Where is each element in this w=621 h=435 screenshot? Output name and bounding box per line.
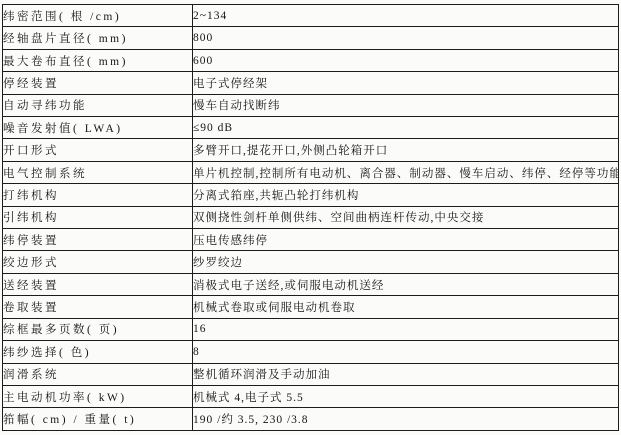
table-row: 送经装置消极式电子送经,或伺服电动机送经 bbox=[3, 273, 619, 295]
table-row: 噪音发射值( LWA)≤90 dB bbox=[3, 117, 619, 139]
spec-value: 8 bbox=[193, 341, 619, 363]
spec-value: 整机循环润滑及手动加油 bbox=[193, 363, 619, 385]
table-row: 打纬机构分离式筘座,共轭凸轮打纬机构 bbox=[3, 184, 619, 206]
spec-value: 2~134 bbox=[193, 5, 619, 27]
spec-label: 噪音发射值( LWA) bbox=[3, 117, 193, 139]
spec-label: 最大卷布直径( mm) bbox=[3, 49, 193, 71]
spec-label: 停经装置 bbox=[3, 72, 193, 94]
table-row: 纬密范围( 根 /cm)2~134 bbox=[3, 5, 619, 27]
spec-label: 主电动机功率( kW) bbox=[3, 385, 193, 407]
table-row: 主电动机功率( kW)机械式 4,电子式 5.5 bbox=[3, 385, 619, 407]
table-row: 最大卷布直径( mm)600 bbox=[3, 49, 619, 71]
spec-value: 机械式卷取或伺服电动机卷取 bbox=[193, 296, 619, 318]
spec-table-grid: 纬密范围( 根 /cm)2~134经轴盘片直径( mm)800最大卷布直径( m… bbox=[2, 4, 619, 431]
spec-label: 润滑系统 bbox=[3, 363, 193, 385]
spec-value: 电子式停经架 bbox=[193, 72, 619, 94]
table-row: 自动寻纬功能慢车自动找断纬 bbox=[3, 94, 619, 116]
spec-value: 190 /约 3.5, 230 /3.8 bbox=[193, 408, 619, 431]
table-row: 筘幅( cm) / 重量( t)190 /约 3.5, 230 /3.8 bbox=[3, 408, 619, 431]
spec-label: 电气控制系统 bbox=[3, 161, 193, 183]
spec-value: 分离式筘座,共轭凸轮打纬机构 bbox=[193, 184, 619, 206]
spec-value: 双侧挠性剑杆单侧供纬、空间曲柄连杆传动,中央交接 bbox=[193, 206, 619, 228]
spec-label: 纬密范围( 根 /cm) bbox=[3, 5, 193, 27]
table-row: 停经装置电子式停经架 bbox=[3, 72, 619, 94]
spec-label: 筘幅( cm) / 重量( t) bbox=[3, 408, 193, 431]
table-row: 开口形式多臂开口,提花开口,外侧凸轮箱开口 bbox=[3, 139, 619, 161]
spec-value: 消极式电子送经,或伺服电动机送经 bbox=[193, 273, 619, 295]
spec-label: 引纬机构 bbox=[3, 206, 193, 228]
spec-label: 开口形式 bbox=[3, 139, 193, 161]
table-row: 综框最多页数( 页)16 bbox=[3, 318, 619, 340]
spec-value: 多臂开口,提花开口,外侧凸轮箱开口 bbox=[193, 139, 619, 161]
spec-table-body: 纬密范围( 根 /cm)2~134经轴盘片直径( mm)800最大卷布直径( m… bbox=[3, 5, 619, 431]
spec-value: 单片机控制,控制所有电动机、离合器、制动器、慢车启动、纬停、经停等功能 bbox=[193, 161, 619, 183]
spec-value: 压电传感纬停 bbox=[193, 229, 619, 251]
spec-value: 600 bbox=[193, 49, 619, 71]
spec-label: 综框最多页数( 页) bbox=[3, 318, 193, 340]
table-row: 经轴盘片直径( mm)800 bbox=[3, 27, 619, 49]
spec-label: 自动寻纬功能 bbox=[3, 94, 193, 116]
spec-label: 送经装置 bbox=[3, 273, 193, 295]
spec-label: 纬停装置 bbox=[3, 229, 193, 251]
spec-label: 打纬机构 bbox=[3, 184, 193, 206]
table-row: 润滑系统整机循环润滑及手动加油 bbox=[3, 363, 619, 385]
spec-value: 慢车自动找断纬 bbox=[193, 94, 619, 116]
table-row: 绞边形式纱罗绞边 bbox=[3, 251, 619, 273]
table-row: 引纬机构双侧挠性剑杆单侧供纬、空间曲柄连杆传动,中央交接 bbox=[3, 206, 619, 228]
table-row: 纬停装置压电传感纬停 bbox=[3, 229, 619, 251]
spec-label: 卷取装置 bbox=[3, 296, 193, 318]
spec-label: 绞边形式 bbox=[3, 251, 193, 273]
spec-value: 16 bbox=[193, 318, 619, 340]
spec-table: 纬密范围( 根 /cm)2~134经轴盘片直径( mm)800最大卷布直径( m… bbox=[2, 4, 619, 431]
spec-value: 纱罗绞边 bbox=[193, 251, 619, 273]
spec-label: 纬纱选择( 色) bbox=[3, 341, 193, 363]
spec-value: 机械式 4,电子式 5.5 bbox=[193, 385, 619, 407]
spec-value: ≤90 dB bbox=[193, 117, 619, 139]
table-row: 纬纱选择( 色)8 bbox=[3, 341, 619, 363]
spec-label: 经轴盘片直径( mm) bbox=[3, 27, 193, 49]
table-row: 电气控制系统单片机控制,控制所有电动机、离合器、制动器、慢车启动、纬停、经停等功… bbox=[3, 161, 619, 183]
table-row: 卷取装置机械式卷取或伺服电动机卷取 bbox=[3, 296, 619, 318]
spec-value: 800 bbox=[193, 27, 619, 49]
